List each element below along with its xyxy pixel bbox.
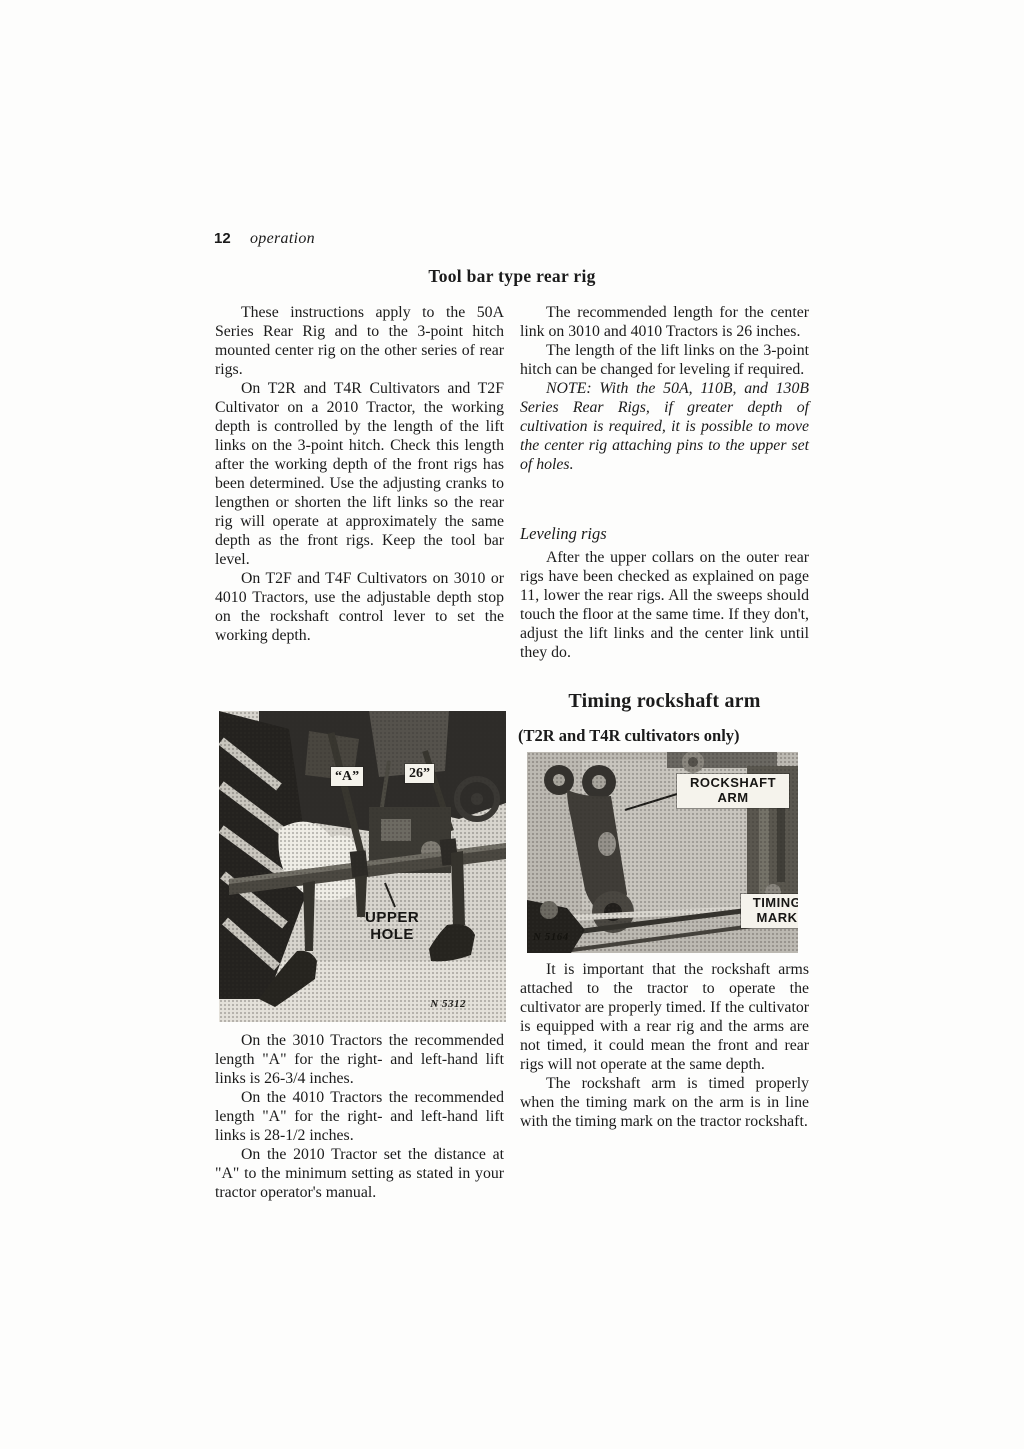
paragraph: On T2R and T4R Cultivators and T2F Culti… [215,379,504,569]
paragraph: On the 4010 Tractors the recommended len… [215,1088,504,1145]
paragraph: These instructions apply to the 50A Seri… [215,303,504,379]
paragraph: After the upper collars on the outer rea… [520,548,809,662]
section-header: operation [250,230,315,248]
manual-page: 12 operation Tool bar type rear rig Thes… [0,0,1024,1449]
paragraph: On the 2010 Tractor set the distance at … [215,1145,504,1202]
label-upper-hole-line1: UPPER [365,909,419,926]
paragraph: The rockshaft arm is timed properly when… [520,1074,809,1131]
leveling-rigs-text: After the upper collars on the outer rea… [520,548,809,662]
paragraph: On the 3010 Tractors the recommended len… [215,1031,504,1088]
label-rockshaft-arm: ROCKSHAFT ARM [677,774,789,808]
right-column-top: The recommended length for the center li… [520,303,809,474]
label-timing-mark-line2: MARK [745,911,798,926]
left-column-top: These instructions apply to the 50A Seri… [215,303,504,645]
timing-rockshaft-heading: Timing rockshaft arm [520,690,809,713]
label-upper-hole-line2: HOLE [365,926,419,943]
figure-toolbar-hitch-photo: “A” 26” UPPER HOLE N 5312 [219,711,506,1022]
timing-rockshaft-subheading: (T2R and T4R cultivators only) [518,726,818,746]
paragraph: The length of the lift links on the 3-po… [520,341,809,379]
paragraph: It is important that the rockshaft arms … [520,960,809,1074]
photo-id-n5312: N 5312 [430,998,466,1010]
figure-rockshaft-arm-photo: ROCKSHAFT ARM TIMING MARK N 5164 [527,752,798,953]
label-timing-mark-line1: TIMING [745,896,798,911]
label-upper-hole: UPPER HOLE [365,909,419,944]
right-column-bottom: It is important that the rockshaft arms … [520,960,809,1131]
label-dimension-26: 26” [405,764,434,783]
leveling-rigs-heading: Leveling rigs [520,524,607,544]
label-timing-mark: TIMING MARK [741,894,798,928]
photo-id-n5164: N 5164 [533,931,569,943]
paragraph: On T2F and T4F Cultivators on 3010 or 40… [215,569,504,645]
label-rockshaft-arm-line2: ARM [681,791,785,806]
note-paragraph: NOTE: With the 50A, 110B, and 130B Serie… [520,379,809,474]
label-rockshaft-arm-line1: ROCKSHAFT [681,776,785,791]
left-column-bottom: On the 3010 Tractors the recommended len… [215,1031,504,1202]
toolbar-hitch-illustration [219,711,506,1022]
page-number: 12 [214,230,231,247]
paragraph: The recommended length for the center li… [520,303,809,341]
page-title: Tool bar type rear rig [0,266,1024,287]
label-dimension-a: “A” [331,767,363,786]
